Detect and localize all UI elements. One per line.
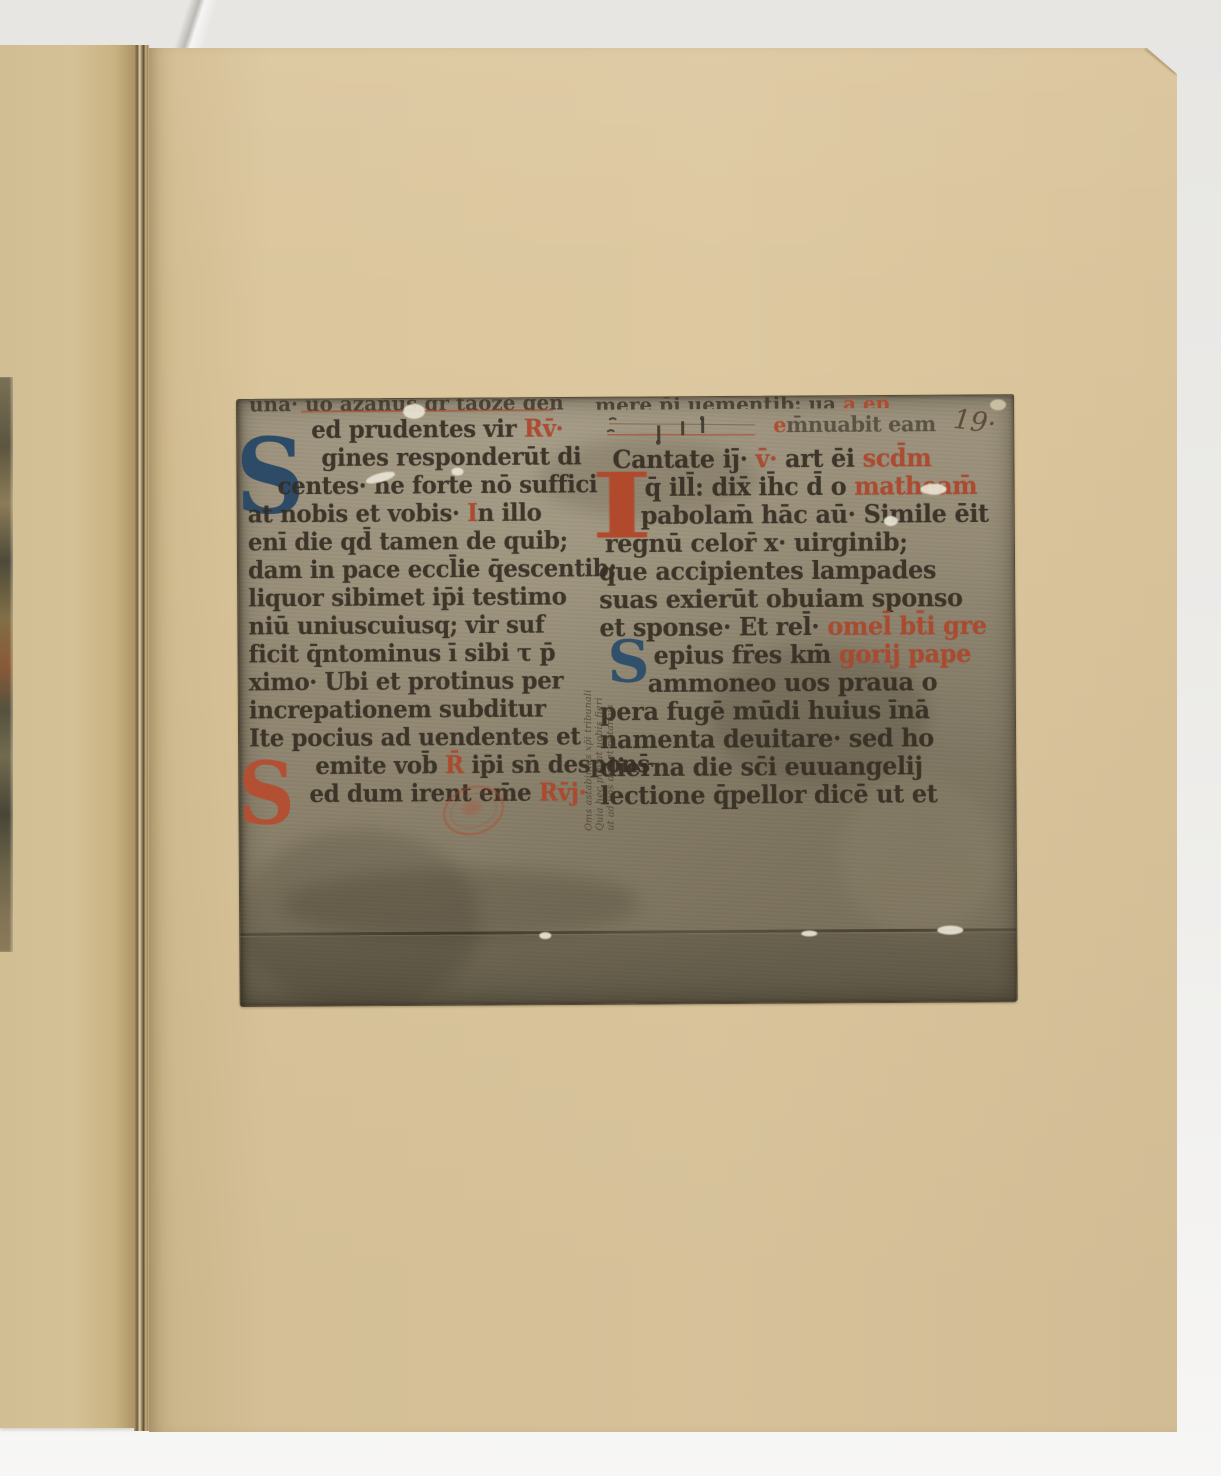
rubric-text: I	[467, 499, 478, 527]
album-binding-gutter	[134, 45, 149, 1431]
manuscript-fragment-photo: una· ūo azanūs q̄r tāoze gēn mere p̄i ue…	[236, 394, 1018, 1007]
ink-text: lectione q̄pellor dicē ut et	[600, 778, 937, 810]
manuscript-text-line: centes· ne forte nō suffici	[247, 470, 593, 501]
rubric-text: R̄	[445, 751, 471, 779]
manuscript-text-line: pabolam̄ hāc aū· Simile ēit	[599, 499, 1011, 531]
ink-text: dam in pace eccl̄ie q̄escentib;	[248, 554, 617, 584]
manuscript-text-line: niū uniuscuiusq; vir suf	[248, 610, 594, 641]
manuscript-text-line: ximo· Ubi et protinus per	[249, 666, 595, 697]
ink-text: regnū celor̄ x· uirginib;	[605, 526, 908, 558]
manuscript-text-line: lectione q̄pellor dicē ut et	[600, 779, 1012, 811]
ink-text: enī die qd̄ tamen de quib;	[248, 526, 568, 556]
ink-text: q̄ ill̄: dix̄ ih̄c d̄ o	[644, 471, 854, 502]
photograph-backdrop: una· ūo azanūs q̄r tāoze gēn mere p̄i ue…	[0, 0, 1221, 1476]
manuscript-column-right: Cantate ij̄· v̄· art ēi scd̄mq̄ ill̄: di…	[598, 443, 1012, 810]
ink-text: ed dum irent em̄e	[309, 779, 539, 808]
manuscript-text-line: enī die qd̄ tamen de quib;	[248, 526, 594, 557]
rubric-text: ā ep̄	[843, 394, 890, 409]
album-right-page: una· ūo azanūs q̄r tāoze gēn mere p̄i ue…	[149, 48, 1177, 1432]
ink-text: liquor sibimet ip̄i testimo	[248, 582, 566, 612]
manuscript-text-line: em̄nuabit eam	[773, 411, 936, 437]
rubric-text: matheam̄	[854, 470, 977, 501]
ink-text: ed prudentes vir	[311, 415, 524, 444]
rubric-text: omel̄ bt̄i gre	[827, 610, 987, 641]
manuscript-column-left: ed prudentes vir Rv̄·gines responderūt d…	[247, 415, 595, 809]
rubric-text: Rv̄·	[524, 414, 563, 442]
ink-text: epius fr̄es km̄	[653, 639, 839, 670]
darkened-lower-strip	[240, 931, 1016, 1006]
manuscript-text-line: ed prudentes vir Rv̄·	[247, 414, 593, 445]
rubric-text: gorij pape	[839, 638, 971, 669]
damage-chip	[884, 516, 898, 526]
manuscript-text-line: emite vob̄ R̄ ip̄i sn̄ despons̄	[249, 750, 595, 781]
ink-text: ficit q̄ntominus ī sibi τ p̄	[248, 638, 555, 668]
damage-chip	[539, 932, 551, 939]
manuscript-text-line: ed dum irent em̄e Rv̄j·	[249, 778, 595, 809]
damage-chip	[403, 404, 425, 419]
album-left-page	[0, 45, 134, 1428]
ink-text: Ite pocius ad uendentes et	[249, 722, 581, 752]
manuscript-text-line: namenta deuitare· sed ho	[600, 723, 1012, 755]
manuscript-text-line: liquor sibimet ip̄i testimo	[248, 582, 594, 613]
manuscript-text-line: pera fugē mūdi huius īnā	[600, 695, 1012, 727]
manuscript-text-line: ficit q̄ntominus ī sibi τ p̄	[248, 638, 594, 669]
ink-text: pabolam̄ hāc aū· Simile ēit	[641, 498, 989, 530]
ink-text: at nobis et vobis·	[248, 499, 468, 528]
chant-incipit-line: em̄nuabit eam	[773, 412, 936, 437]
page-corner-fold	[1145, 48, 1177, 74]
folio-number: 19·	[952, 404, 1011, 441]
manuscript-text-line: dam in pace eccl̄ie q̄escentib;	[248, 554, 594, 585]
ink-text: increpationem subditur	[249, 695, 546, 725]
manuscript-text-line: at nobis et vobis· In illo	[248, 498, 594, 529]
manuscript-text-line: mere p̄i uementib; ua ā ep̄	[595, 394, 995, 409]
manuscript-text-line: gines responderūt di	[247, 442, 593, 473]
ink-text: ammoneo uos praua o	[648, 666, 938, 698]
manuscript-text-line: regnū celor̄ x· uirginib;	[599, 527, 1011, 559]
damage-chip	[451, 468, 463, 476]
trimmed-top-line-right: mere p̄i uementib; ua ā ep̄	[595, 394, 995, 409]
rubric-text: v̄·	[755, 443, 785, 473]
manuscript-text-line: Ite pocius ad uendentes et	[249, 722, 595, 753]
ink-text: centes· ne forte nō suffici	[277, 470, 597, 500]
ink-text: et sponse· Et rel̄·	[599, 611, 827, 643]
ink-text: n illo	[478, 499, 542, 527]
ink-text: ximo· Ubi et protinus per	[249, 666, 564, 696]
trimmed-text: mere p̄i uementib; ua ā ep̄	[595, 394, 995, 409]
rubric-text: e	[773, 411, 786, 437]
ink-text: emite vob̄	[315, 751, 445, 780]
rubric-text: Rv̄j·	[539, 778, 586, 806]
backdrop-fold-line	[128, 0, 258, 50]
manuscript-text-line: dierna die sc̄i euuangelij	[600, 751, 1012, 783]
ink-text: mere p̄i uementib; ua	[595, 394, 843, 409]
ink-text: niū uniuscuiusq; vir suf	[248, 611, 544, 641]
manuscript-text-line: increpationem subditur	[249, 694, 595, 725]
ink-text: gines responderūt di	[321, 442, 581, 472]
manuscript-text-line: ammoneo uos praua o	[600, 667, 1012, 699]
manuscript-text-line: epius fr̄es km̄ gorij pape	[599, 639, 1011, 671]
facing-fragment-edge	[0, 377, 13, 952]
rubric-text: scd̄m	[863, 442, 932, 473]
ink-text: m̄nuabit eam	[786, 410, 936, 437]
vertical-marginalia-note: Oms astabimus xp̄i tribunali Quia hec pu…	[582, 559, 620, 831]
ink-text: Cantate ij̄·	[612, 443, 755, 474]
ink-text: art ēi	[785, 443, 863, 474]
damage-chip	[990, 399, 1006, 410]
